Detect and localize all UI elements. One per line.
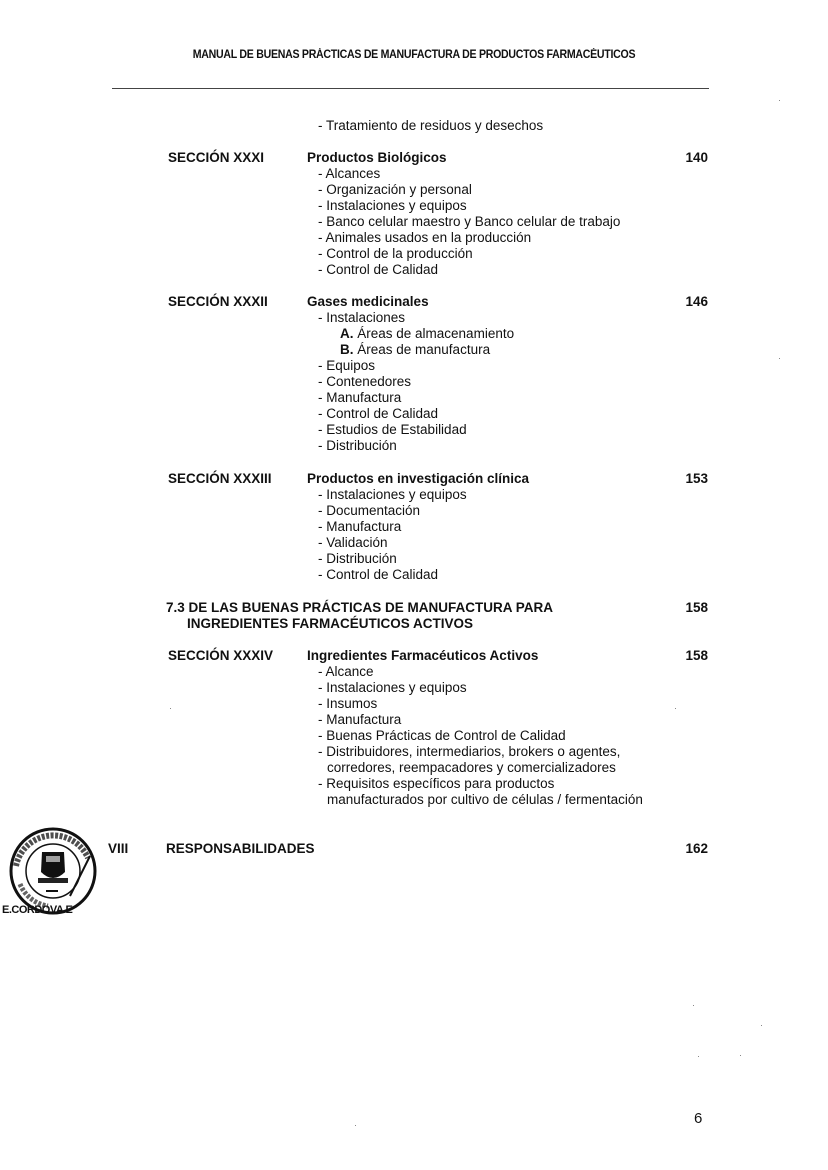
toc-item: - Validación [318,535,388,551]
toc-carryover-item: - Tratamiento de residuos y desechos [318,118,543,134]
scan-speck [693,1005,694,1006]
section-title: Productos Biológicos [307,150,447,166]
header-divider [112,88,709,89]
section-label: SECCIÓN XXXII [168,294,268,310]
subitem-text: Áreas de manufactura [354,342,491,357]
stamp-name: E.CORDOVA E [2,904,72,916]
part-heading-line2: INGREDIENTES FARMACÉUTICOS ACTIVOS [187,616,473,632]
toc-item: - Organización y personal [318,182,472,198]
subitem-letter: A. [340,326,354,341]
part-heading-line1: 7.3 DE LAS BUENAS PRÁCTICAS DE MANUFACTU… [166,600,553,616]
toc-item-continuation: corredores, reempacadores y comercializa… [327,760,616,776]
toc-item: - Control de Calidad [318,567,438,583]
toc-item: - Alcances [318,166,380,182]
scan-speck [675,708,676,709]
toc-item: - Contenedores [318,374,411,390]
part-page-number: 158 [685,600,708,616]
toc-item: - Estudios de Estabilidad [318,422,467,438]
page-header-title: MANUAL DE BUENAS PRÁCTICAS DE MANUFACTUR… [33,49,795,61]
toc-subitem: A. Áreas de almacenamiento [340,326,514,342]
toc-item: - Distribución [318,551,397,567]
toc-item: - Instalaciones y equipos [318,680,467,696]
chapter-title: RESPONSABILIDADES [166,841,315,857]
toc-item: - Buenas Prácticas de Control de Calidad [318,728,566,744]
toc-item-continuation: manufacturados por cultivo de células / … [327,792,643,808]
scan-speck [698,1056,699,1057]
toc-item: - Manufactura [318,390,401,406]
toc-item: - Documentación [318,503,420,519]
official-seal-icon [8,826,98,916]
toc-item: - Control de Calidad [318,406,438,422]
toc-item: - Manufactura [318,519,401,535]
toc-item: - Insumos [318,696,377,712]
page-number: 6 [694,1110,702,1127]
scan-speck [355,1125,356,1126]
toc-item: - Distribuidores, intermediarios, broker… [318,744,620,760]
scan-speck [779,100,780,101]
section-title: Productos en investigación clínica [307,471,529,487]
scan-speck [170,708,171,709]
section-page-number: 153 [685,471,708,487]
section-page-number: 146 [685,294,708,310]
section-label: SECCIÓN XXXI [168,150,264,166]
scan-speck [779,358,780,359]
subitem-text: Áreas de almacenamiento [354,326,515,341]
section-label: SECCIÓN XXXIII [168,471,272,487]
section-title: Gases medicinales [307,294,429,310]
toc-item: - Instalaciones y equipos [318,487,467,503]
toc-item: - Manufactura [318,712,401,728]
section-label: SECCIÓN XXXIV [168,648,273,664]
toc-item: - Banco celular maestro y Banco celular … [318,214,620,230]
chapter-page-number: 162 [685,841,708,857]
section-page-number: 158 [685,648,708,664]
toc-item: - Instalaciones y equipos [318,198,467,214]
toc-item: - Alcance [318,664,374,680]
subitem-letter: B. [340,342,354,357]
scan-speck [740,1055,741,1056]
toc-item: - Control de Calidad [318,262,438,278]
toc-item: - Instalaciones [318,310,405,326]
toc-item: - Control de la producción [318,246,473,262]
section-page-number: 140 [685,150,708,166]
toc-item: - Requisitos específicos para productos [318,776,554,792]
toc-item: - Equipos [318,358,375,374]
toc-subitem: B. Áreas de manufactura [340,342,490,358]
scan-speck [761,1025,762,1026]
chapter-number: VIII [108,841,128,857]
toc-item: - Distribución [318,438,397,454]
section-title: Ingredientes Farmacéuticos Activos [307,648,538,664]
toc-item: - Animales usados en la producción [318,230,531,246]
